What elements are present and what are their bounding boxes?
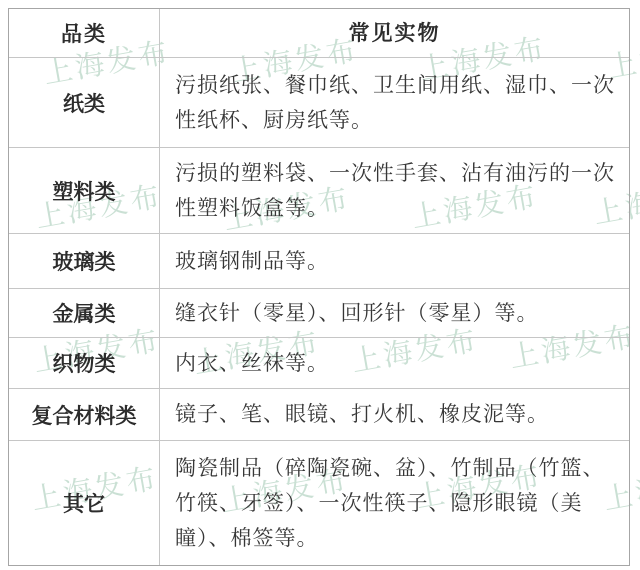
items-cell-metal: 缝衣针（零星）、回形针（零星）等。 [160, 288, 629, 337]
items-cell-fabric: 内衣、丝袜等。 [160, 337, 629, 388]
category-cell-other: 其它 [9, 440, 160, 565]
category-cell-glass: 玻璃类 [9, 233, 160, 288]
screenshot-root: 上海发布 上海发布 上海发布 上海发布 上海发布 上海发布 上海发布 上海发布 … [0, 0, 640, 570]
category-cell-plastic: 塑料类 [9, 147, 160, 233]
category-cell-metal: 金属类 [9, 288, 160, 337]
category-cell-fabric: 织物类 [9, 337, 160, 388]
header-cell-category: 品类 [9, 9, 160, 57]
category-cell-composite: 复合材料类 [9, 388, 160, 440]
items-cell-other: 陶瓷制品（碎陶瓷碗、盆）、竹制品（竹篮、竹筷、牙签）、一次性筷子、隐形眼镜（美瞳… [160, 440, 629, 565]
items-cell-glass: 玻璃钢制品等。 [160, 233, 629, 288]
category-cell-paper: 纸类 [9, 57, 160, 147]
waste-category-table: 品类 常见实物 纸类 污损纸张、餐巾纸、卫生间用纸、湿巾、一次性纸杯、厨房纸等。… [8, 8, 630, 566]
items-cell-plastic: 污损的塑料袋、一次性手套、沾有油污的一次性塑料饭盒等。 [160, 147, 629, 233]
header-cell-items: 常见实物 [160, 9, 629, 57]
items-cell-paper: 污损纸张、餐巾纸、卫生间用纸、湿巾、一次性纸杯、厨房纸等。 [160, 57, 629, 147]
items-cell-composite: 镜子、笔、眼镜、打火机、橡皮泥等。 [160, 388, 629, 440]
